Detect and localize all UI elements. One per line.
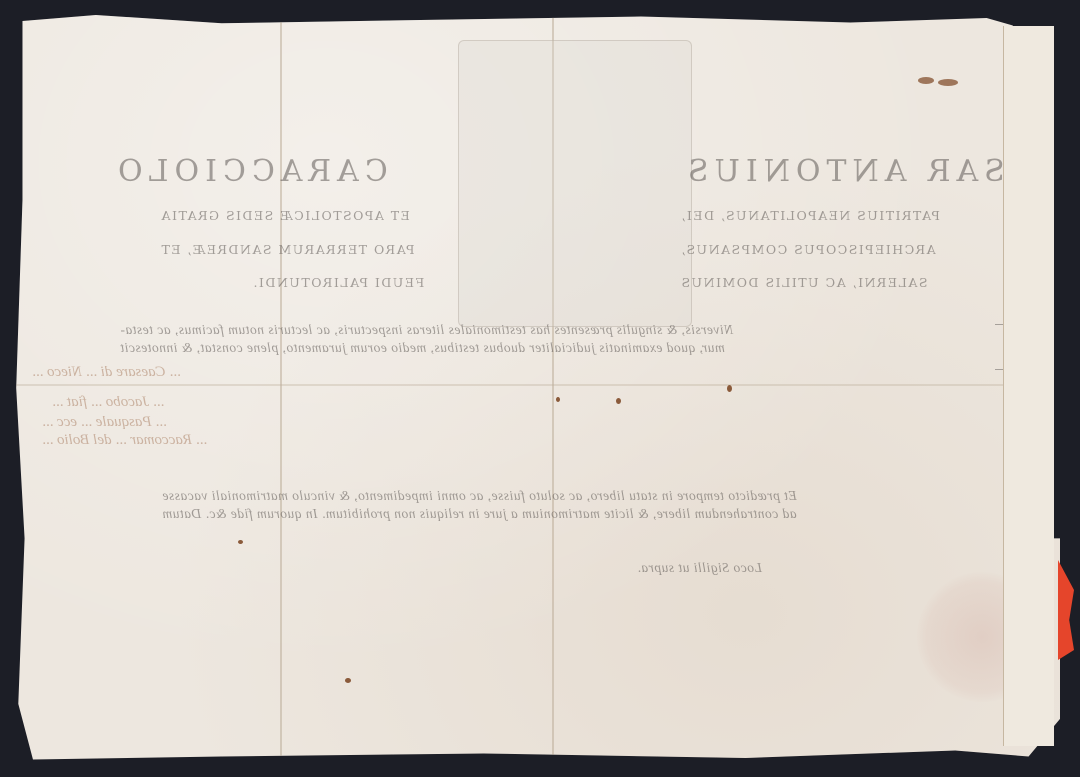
body-paragraph-1-line-2: mur, quod examinatis judicialiter duobus…: [120, 340, 725, 356]
heading-line-right-1: ET APOSTOLICÆ SEDIS GRATIA: [160, 208, 410, 223]
stain-spot: [938, 79, 958, 86]
fold-line-horizontal: [12, 384, 1060, 386]
body-paragraph-2-line-2: ad contrahendum libere, & licite matrimo…: [162, 506, 797, 522]
red-paper-tab: [1058, 560, 1074, 660]
stain-spot: [345, 678, 351, 683]
handwritten-line-1: ... Caesare di ... Nieco ...: [32, 364, 181, 381]
heading-line-left-1: PATRITIUS NEAPOLITANUS, DEI,: [680, 208, 940, 223]
stain-spot: [616, 398, 621, 404]
heading-line-right-2: PARO TERRARUM SANDREÆ, ET: [160, 242, 414, 257]
handwritten-line-4: ... Raccomar ... del Bolio ...: [42, 432, 207, 449]
stain-spot: [918, 77, 934, 84]
stain-spot: [556, 397, 560, 402]
signature-line: Loco Sigilli ut supra.: [637, 560, 762, 576]
folded-right-edge: [1003, 26, 1054, 746]
heading-line-right-3: FEUDI PALIROTUNDI.: [252, 275, 424, 290]
watermark-stamp-frame: [458, 40, 692, 327]
stain-spot: [238, 540, 243, 544]
heading-line-left-2: ARCHIEPISCOPUS COMPSANUS,: [680, 242, 936, 257]
stain-spot: [727, 385, 732, 392]
heading-line-left-3: SALERNI, AC UTILIS DOMINUS: [680, 275, 927, 290]
fold-line-vertical-left: [280, 12, 282, 764]
body-paragraph-1-line-1: Niversis, & singulis præsentes has testi…: [120, 322, 733, 338]
heading-name-right: CARACCIOLO: [112, 154, 388, 189]
handwritten-line-2: ... Jacobo ... fiat ...: [52, 394, 164, 411]
handwritten-line-3: ... Pasquale ... ecc ...: [42, 414, 167, 431]
document-paper: CÆSAR ANTONIUS CARACCIOLO PATRITIUS NEAP…: [12, 12, 1060, 764]
body-paragraph-2-line-1: Et prædicto tempore in statu libero, ac …: [162, 488, 797, 504]
